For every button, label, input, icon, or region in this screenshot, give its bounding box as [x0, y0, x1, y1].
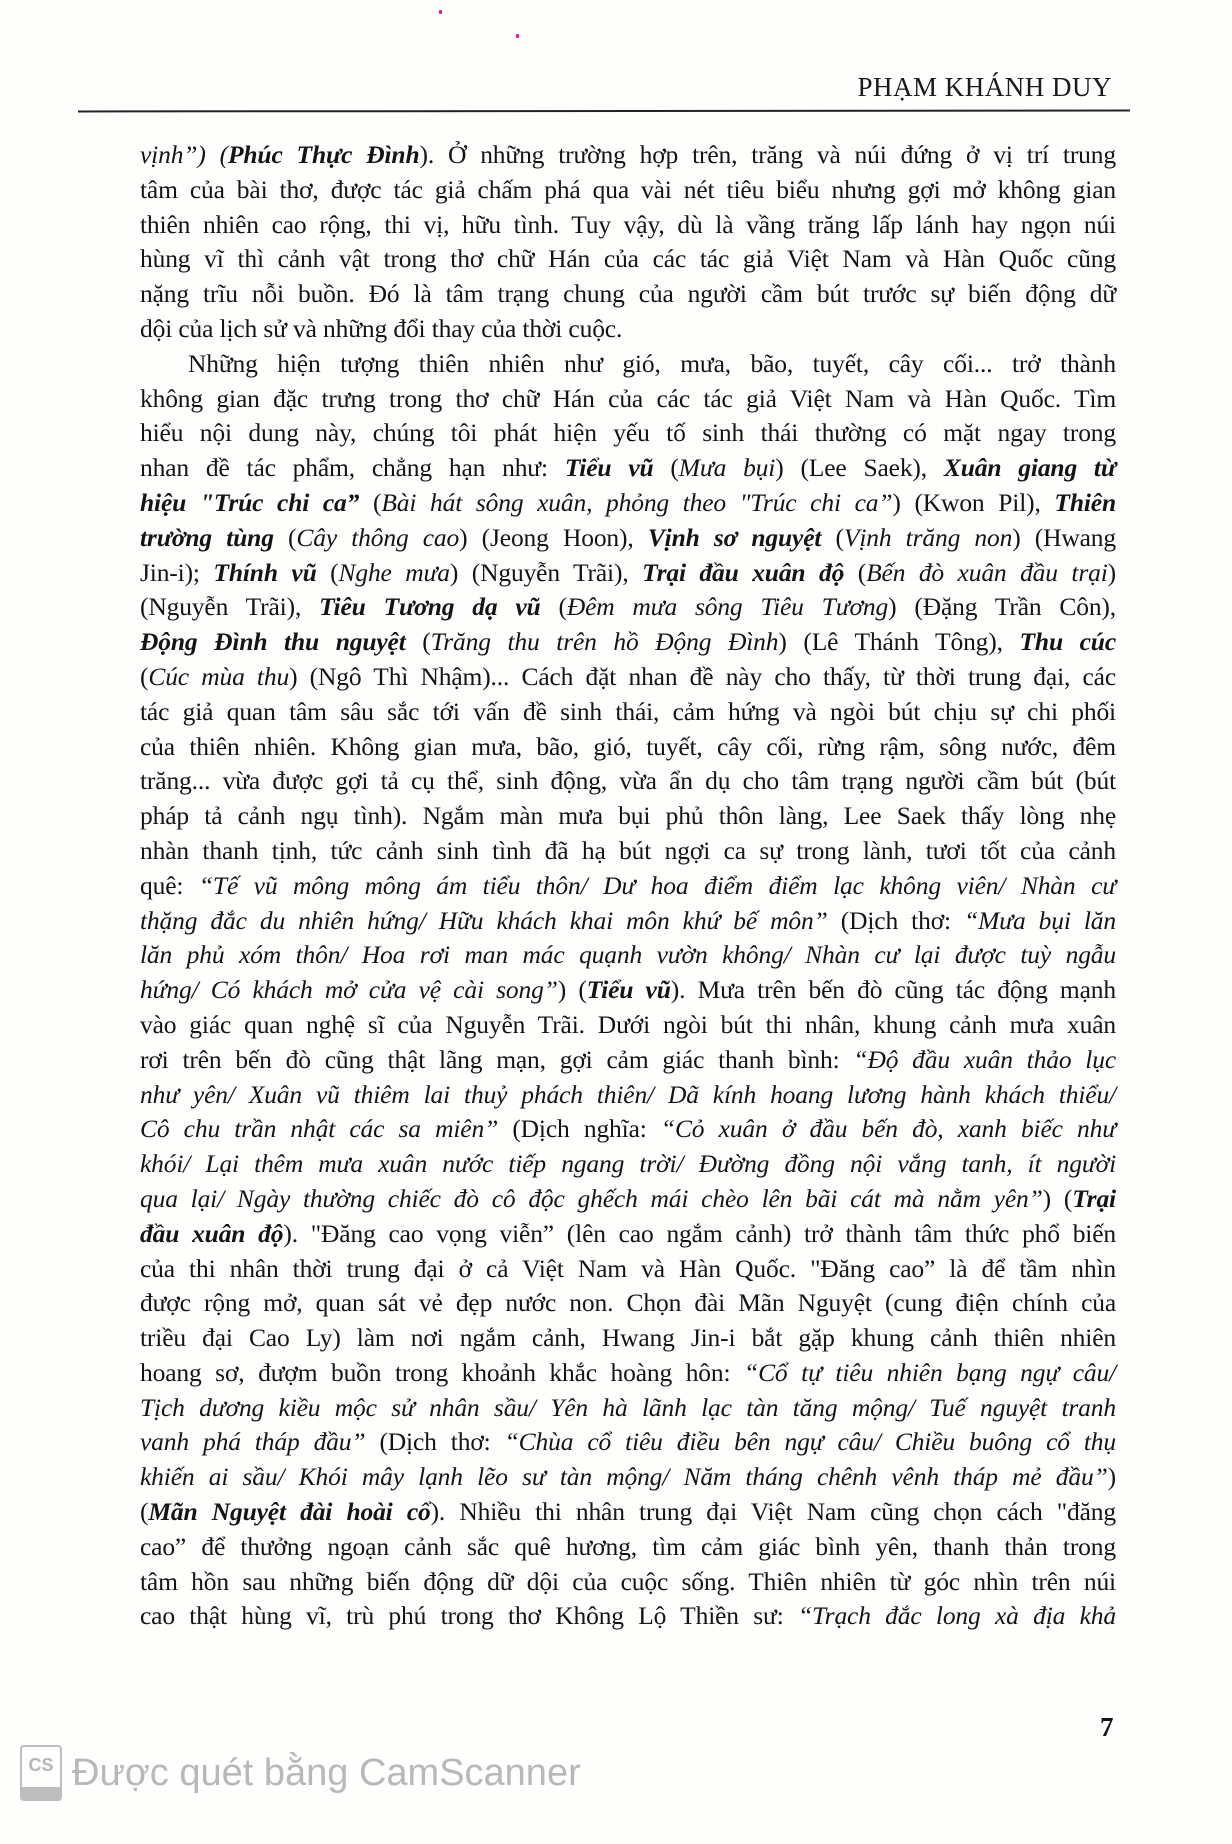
text-run: rơi trên bến đò cũng thật lãng mạn, gợi … — [140, 1045, 853, 1074]
text-run: nặng trĩu nỗi buồn. Đó là tâm trạng chun… — [140, 279, 1116, 308]
text-run: ) (Kwon Pil), — [892, 488, 1054, 517]
text-run: ( — [406, 627, 431, 656]
text-line: hiệu "Trúc chi ca” (Bài hát sông xuân, p… — [140, 486, 1116, 521]
text-run: cao” để thưởng ngoạn cảnh sắc quê hương,… — [140, 1532, 1116, 1561]
italic-text: qua lại/ Ngày thường chiếc đò cô độc ghế… — [140, 1184, 1043, 1213]
camscanner-logo-icon: CS — [20, 1745, 62, 1801]
text-run: ). "Đăng cao vọng viễn” (lên cao ngắm cả… — [283, 1219, 1116, 1248]
text-run: hiểu nội dung này, chúng tôi phát hiện y… — [140, 418, 1116, 447]
text-run: cao thật hùng vĩ, trù phú trong thơ Khôn… — [140, 1601, 798, 1630]
italic-text: “Trạch đắc long xà địa khả — [798, 1601, 1116, 1630]
text-line: thặng đắc du nhiên hứng/ Hữu khách khai … — [140, 904, 1116, 939]
text-line: nhàn thanh tịnh, tức cảnh sinh tình đã h… — [140, 834, 1116, 869]
text-line: Tịch dương kiều mộc sử nhân sầu/ Yên hà … — [140, 1391, 1116, 1426]
text-run: dội của lịch sử và những đổi thay của th… — [140, 314, 622, 343]
italic-text: Nghe mưa — [339, 558, 450, 587]
work-title: Động Đình thu nguyệt — [140, 627, 406, 656]
text-run: ) — [1108, 558, 1116, 587]
text-line: của thiên nhiên. Không gian mưa, bão, gi… — [140, 730, 1116, 765]
text-run: hoang sơ, đượm buồn trong khoảnh khắc ho… — [140, 1358, 744, 1387]
camscanner-logo-text: CS — [28, 1755, 53, 1776]
italic-text: vanh phá tháp đầu” — [140, 1427, 365, 1456]
text-run: của thi nhân thời trung đại ở cả Việt Na… — [140, 1254, 1116, 1283]
work-title: Phúc Thực Đình — [228, 140, 420, 169]
watermark-text: Được quét bằng CamScanner — [72, 1752, 581, 1795]
work-title: Thiên — [1054, 488, 1116, 517]
text-line: hứng/ Có khách mở cửa vệ cài song”) (Tiể… — [140, 973, 1116, 1008]
text-line: cao thật hùng vĩ, trù phú trong thơ Khôn… — [140, 1599, 1116, 1634]
text-run: của thiên nhiên. Không gian mưa, bão, gi… — [140, 732, 1116, 761]
italic-text: như yên/ Xuân vũ thiêm lai thuỷ phách th… — [140, 1080, 1116, 1109]
text-run: ) (Lee Saek), — [775, 453, 944, 482]
text-line: nặng trĩu nỗi buồn. Đó là tâm trạng chun… — [140, 277, 1116, 312]
text-line: Động Đình thu nguyệt (Trăng thu trên hồ … — [140, 625, 1116, 660]
italic-text: Bài hát sông xuân, phỏng theo "Trúc chi … — [381, 488, 892, 517]
italic-text: khiến ai sầu/ Khói mây lạnh lẽo sư tàn m… — [140, 1462, 1108, 1491]
text-run: ). Nhiều thi nhân trung đại Việt Nam cũn… — [431, 1497, 1116, 1526]
text-line: như yên/ Xuân vũ thiêm lai thuỷ phách th… — [140, 1078, 1116, 1113]
text-line: triều đại Cao Ly) làm nơi ngắm cảnh, Hwa… — [140, 1321, 1116, 1356]
text-line: Cô chu trần nhật các sa miên” (Dịch nghĩ… — [140, 1112, 1116, 1147]
italic-text: Bến đò xuân đầu trại — [866, 558, 1108, 587]
italic-text: Đêm mưa sông Tiêu Tương — [567, 592, 888, 621]
italic-text: “Cỏ xuân ở đầu bến đò, xanh biếc như — [661, 1114, 1116, 1143]
italic-text: Trăng thu trên hồ Động Đình — [431, 627, 779, 656]
text-run: (Nguyễn Trãi), — [140, 592, 319, 621]
text-run: tâm của bài thơ, được tác giả chấm phá q… — [140, 175, 1116, 204]
text-line: trăng... vừa được gợi tả cụ thể, sinh độ… — [140, 764, 1116, 799]
italic-text: “Độ đầu xuân thảo lục — [853, 1045, 1116, 1074]
work-title: Tiểu vũ — [587, 975, 671, 1004]
text-line: được rộng mở, quan sát vẻ đẹp nước non. … — [140, 1286, 1116, 1321]
text-run: tác giả quan tâm sâu sắc tới vấn đề sinh… — [140, 697, 1116, 726]
work-title: Thu cúc — [1020, 627, 1117, 656]
text-run: ( — [654, 453, 679, 482]
text-run: tâm hồn sau những biến động dữ dội của c… — [140, 1567, 1116, 1596]
text-line: vào giác quan nghệ sĩ của Nguyễn Trãi. D… — [140, 1008, 1116, 1043]
text-run: ) — [1108, 1462, 1116, 1491]
work-title: Trại đầu xuân độ — [642, 558, 844, 587]
text-line: pháp tả cảnh ngụ tình). Ngắm màn mưa bụi… — [140, 799, 1116, 834]
italic-text: “Cổ tự tiêu nhiên bạng ngự câu/ — [744, 1358, 1116, 1387]
text-run: Jin-i); — [140, 558, 213, 587]
text-line: cao” để thưởng ngoạn cảnh sắc quê hương,… — [140, 1530, 1116, 1565]
text-line: quê: “Tế vũ mông mông ám tiểu thôn/ Dư h… — [140, 869, 1116, 904]
italic-text: “Chùa cổ tiêu điều bên ngự câu/ Chiều bu… — [505, 1427, 1116, 1456]
text-run: ) (Lê Thánh Tông), — [778, 627, 1019, 656]
text-run: không gian đặc trưng trong thơ chữ Hán c… — [140, 384, 1116, 413]
text-run: pháp tả cảnh ngụ tình). Ngắm màn mưa bụi… — [140, 801, 1116, 830]
italic-text: “Tế vũ mông mông ám tiểu thôn/ Dư hoa đi… — [199, 871, 1116, 900]
text-run: ) (Nguyễn Trãi), — [450, 558, 642, 587]
text-line: vịnh”) (Phúc Thực Đình). Ở những trường … — [140, 138, 1116, 173]
text-run: trăng... vừa được gợi tả cụ thể, sinh độ… — [140, 766, 1116, 795]
text-run: ( — [844, 558, 866, 587]
italic-text: Tịch dương kiều mộc sử nhân sầu/ Yên hà … — [140, 1393, 1116, 1422]
italic-text: Cây thông cao — [296, 523, 459, 552]
text-run: triều đại Cao Ly) làm nơi ngắm cảnh, Hwa… — [140, 1323, 1116, 1352]
text-run: nhàn thanh tịnh, tức cảnh sinh tình đã h… — [140, 836, 1116, 865]
text-run: nhan đề tác phẩm, chẳng hạn như: — [140, 453, 565, 482]
text-run: ) (Hwang — [1012, 523, 1116, 552]
work-title: Tiêu Tương dạ vũ — [319, 592, 540, 621]
text-line: đầu xuân độ). "Đăng cao vọng viễn” (lên … — [140, 1217, 1116, 1252]
italic-text: khói/ Lại thêm mưa xuân nước tiếp ngang … — [140, 1149, 1116, 1178]
text-line: (Nguyễn Trãi), Tiêu Tương dạ vũ (Đêm mưa… — [140, 590, 1116, 625]
text-line: của thi nhân thời trung đại ở cả Việt Na… — [140, 1252, 1116, 1287]
text-run: ) (Ngô Thì Nhậm)... Cách đặt nhan đề này… — [289, 662, 1116, 691]
text-run: ( — [821, 523, 844, 552]
text-run: ) (Jeong Hoon), — [459, 523, 648, 552]
body-text: vịnh”) (Phúc Thực Đình). Ở những trường … — [140, 138, 1116, 1634]
text-line: dội của lịch sử và những đổi thay của th… — [140, 312, 1116, 347]
text-line: lăn phủ xóm thôn/ Hoa rơi man mác quạnh … — [140, 938, 1116, 973]
italic-text: “Mưa bụi lăn — [964, 906, 1116, 935]
italic-text: hứng/ Có khách mở cửa vệ cài song” — [140, 975, 558, 1004]
text-run: Những hiện tượng thiên nhiên như gió, mư… — [188, 349, 1116, 378]
text-run: ) ( — [1043, 1184, 1073, 1213]
italic-text: Cúc mùa thu — [148, 662, 289, 691]
camscanner-watermark: CS Được quét bằng CamScanner — [20, 1745, 581, 1801]
text-run: ( — [541, 592, 567, 621]
text-line: (Mãn Nguyệt đài hoài cổ). Nhiều thi nhân… — [140, 1495, 1116, 1530]
work-title: Tiểu vũ — [565, 453, 654, 482]
work-title: trường tùng — [140, 523, 274, 552]
text-run: hùng vĩ thì cảnh vật trong thơ chữ Hán c… — [140, 244, 1116, 273]
work-title: Vịnh sơ nguyệt — [648, 523, 822, 552]
work-title: Xuân giang từ — [944, 453, 1116, 482]
scan-artifact-dot — [439, 10, 442, 14]
text-line: hoang sơ, đượm buồn trong khoảnh khắc ho… — [140, 1356, 1116, 1391]
running-head: PHẠM KHÁNH DUY — [857, 72, 1112, 103]
text-run: (Dịch nghĩa: — [498, 1114, 661, 1143]
text-line: tâm của bài thơ, được tác giả chấm phá q… — [140, 173, 1116, 208]
text-line: qua lại/ Ngày thường chiếc đò cô độc ghế… — [140, 1182, 1116, 1217]
text-line: Jin-i); Thính vũ (Nghe mưa) (Nguyễn Trãi… — [140, 556, 1116, 591]
italic-text: Cô chu trần nhật các sa miên” — [140, 1114, 498, 1143]
text-line: rơi trên bến đò cũng thật lãng mạn, gợi … — [140, 1043, 1116, 1078]
work-title: Thính vũ — [213, 558, 316, 587]
page-number: 7 — [1100, 1712, 1114, 1743]
text-line: (Cúc mùa thu) (Ngô Thì Nhậm)... Cách đặt… — [140, 660, 1116, 695]
header-rule — [78, 110, 1130, 113]
text-line: khiến ai sầu/ Khói mây lạnh lẽo sư tàn m… — [140, 1460, 1116, 1495]
text-run: ). Ở những trường hợp trên, trăng và núi… — [420, 140, 1116, 169]
text-run: vào giác quan nghệ sĩ của Nguyễn Trãi. D… — [140, 1010, 1116, 1039]
italic-text: thặng đắc du nhiên hứng/ Hữu khách khai … — [140, 906, 828, 935]
text-line: trường tùng (Cây thông cao) (Jeong Hoon)… — [140, 521, 1116, 556]
text-run: ( — [274, 523, 297, 552]
text-run: quê: — [140, 871, 199, 900]
work-title: đầu xuân độ — [140, 1219, 283, 1248]
scan-artifact-dot — [516, 34, 519, 38]
text-run: ). Mưa trên bến đò cũng tác động mạnh — [671, 975, 1116, 1004]
text-run: ) ( — [558, 975, 587, 1004]
text-run: (Dịch thơ: — [365, 1427, 504, 1456]
text-line: thiên nhiên cao rộng, thi vị, hữu tình. … — [140, 208, 1116, 243]
text-line: tác giả quan tâm sâu sắc tới vấn đề sinh… — [140, 695, 1116, 730]
work-title: Trại — [1072, 1184, 1116, 1213]
text-run: ( — [359, 488, 381, 517]
text-run: ) (Đặng Trần Côn), — [888, 592, 1116, 621]
text-line: nhan đề tác phẩm, chẳng hạn như: Tiểu vũ… — [140, 451, 1116, 486]
text-run: thiên nhiên cao rộng, thi vị, hữu tình. … — [140, 210, 1116, 239]
work-title: Mãn Nguyệt đài hoài cổ — [148, 1497, 430, 1526]
text-line: hiểu nội dung này, chúng tôi phát hiện y… — [140, 416, 1116, 451]
text-line: tâm hồn sau những biến động dữ dội của c… — [140, 1565, 1116, 1600]
text-run: (Dịch thơ: — [828, 906, 964, 935]
text-line: khói/ Lại thêm mưa xuân nước tiếp ngang … — [140, 1147, 1116, 1182]
work-title: hiệu "Trúc chi ca” — [140, 488, 359, 517]
text-line: Những hiện tượng thiên nhiên như gió, mư… — [140, 347, 1116, 382]
text-line: hùng vĩ thì cảnh vật trong thơ chữ Hán c… — [140, 242, 1116, 277]
italic-text: Mưa bụi — [679, 453, 775, 482]
italic-text: lăn phủ xóm thôn/ Hoa rơi man mác quạnh … — [140, 940, 1116, 969]
text-run: ( — [317, 558, 339, 587]
text-run: được rộng mở, quan sát vẻ đẹp nước non. … — [140, 1288, 1116, 1317]
text-line: không gian đặc trưng trong thơ chữ Hán c… — [140, 382, 1116, 417]
italic-text: vịnh”) ( — [140, 140, 228, 169]
italic-text: Vịnh trăng non — [844, 523, 1012, 552]
text-line: vanh phá tháp đầu” (Dịch thơ: “Chùa cổ t… — [140, 1425, 1116, 1460]
